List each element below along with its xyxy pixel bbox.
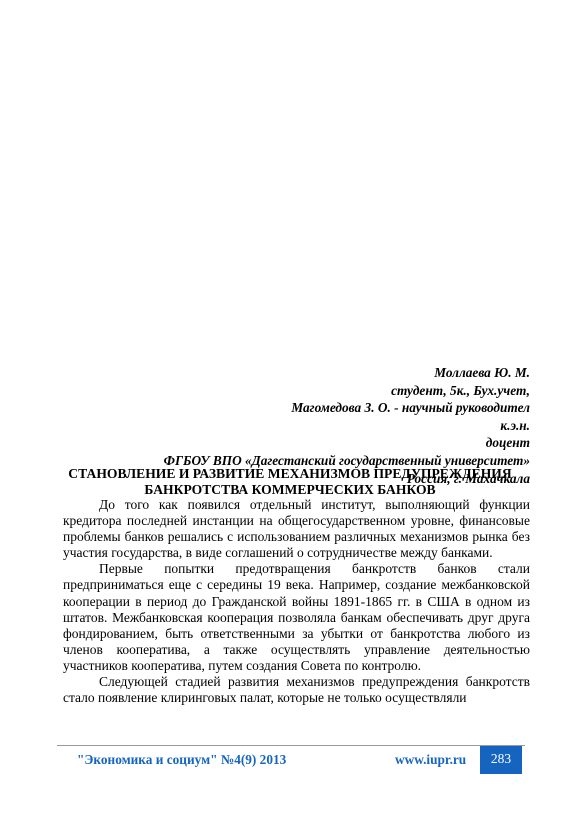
journal-website-link[interactable]: www.iupr.ru [395,752,466,768]
article-title-line-2: БАНКРОТСТВА КОММЕРЧЕСКИХ БАНКОВ [60,482,520,498]
author-name: Моллаева Ю. М. [164,364,530,382]
supervisor-title: доцент [164,434,530,452]
page-number: 283 [480,746,522,774]
author-status: студент, 5к., Бух.учет, [164,382,530,400]
article-body: До того как появился отдельный институт,… [63,497,530,706]
paragraph: Следующей стадией развития механизмов пр… [63,674,530,706]
footer-divider [57,745,525,746]
journal-citation: "Экономика и социум" №4(9) 2013 [77,752,286,768]
article-title: СТАНОВЛЕНИЕ И РАЗВИТИЕ МЕХАНИЗМОВ ПРЕДУП… [60,466,520,498]
paragraph: Первые попытки предотвращения банкротств… [63,561,530,674]
paragraph: До того как появился отдельный институт,… [63,497,530,561]
supervisor-name: Магомедова З. О. - научный руководител [164,399,530,417]
supervisor-degree: к.э.н. [164,417,530,435]
document-page: Моллаева Ю. М. студент, 5к., Бух.учет, М… [0,0,580,820]
article-title-line-1: СТАНОВЛЕНИЕ И РАЗВИТИЕ МЕХАНИЗМОВ ПРЕДУП… [60,466,520,482]
